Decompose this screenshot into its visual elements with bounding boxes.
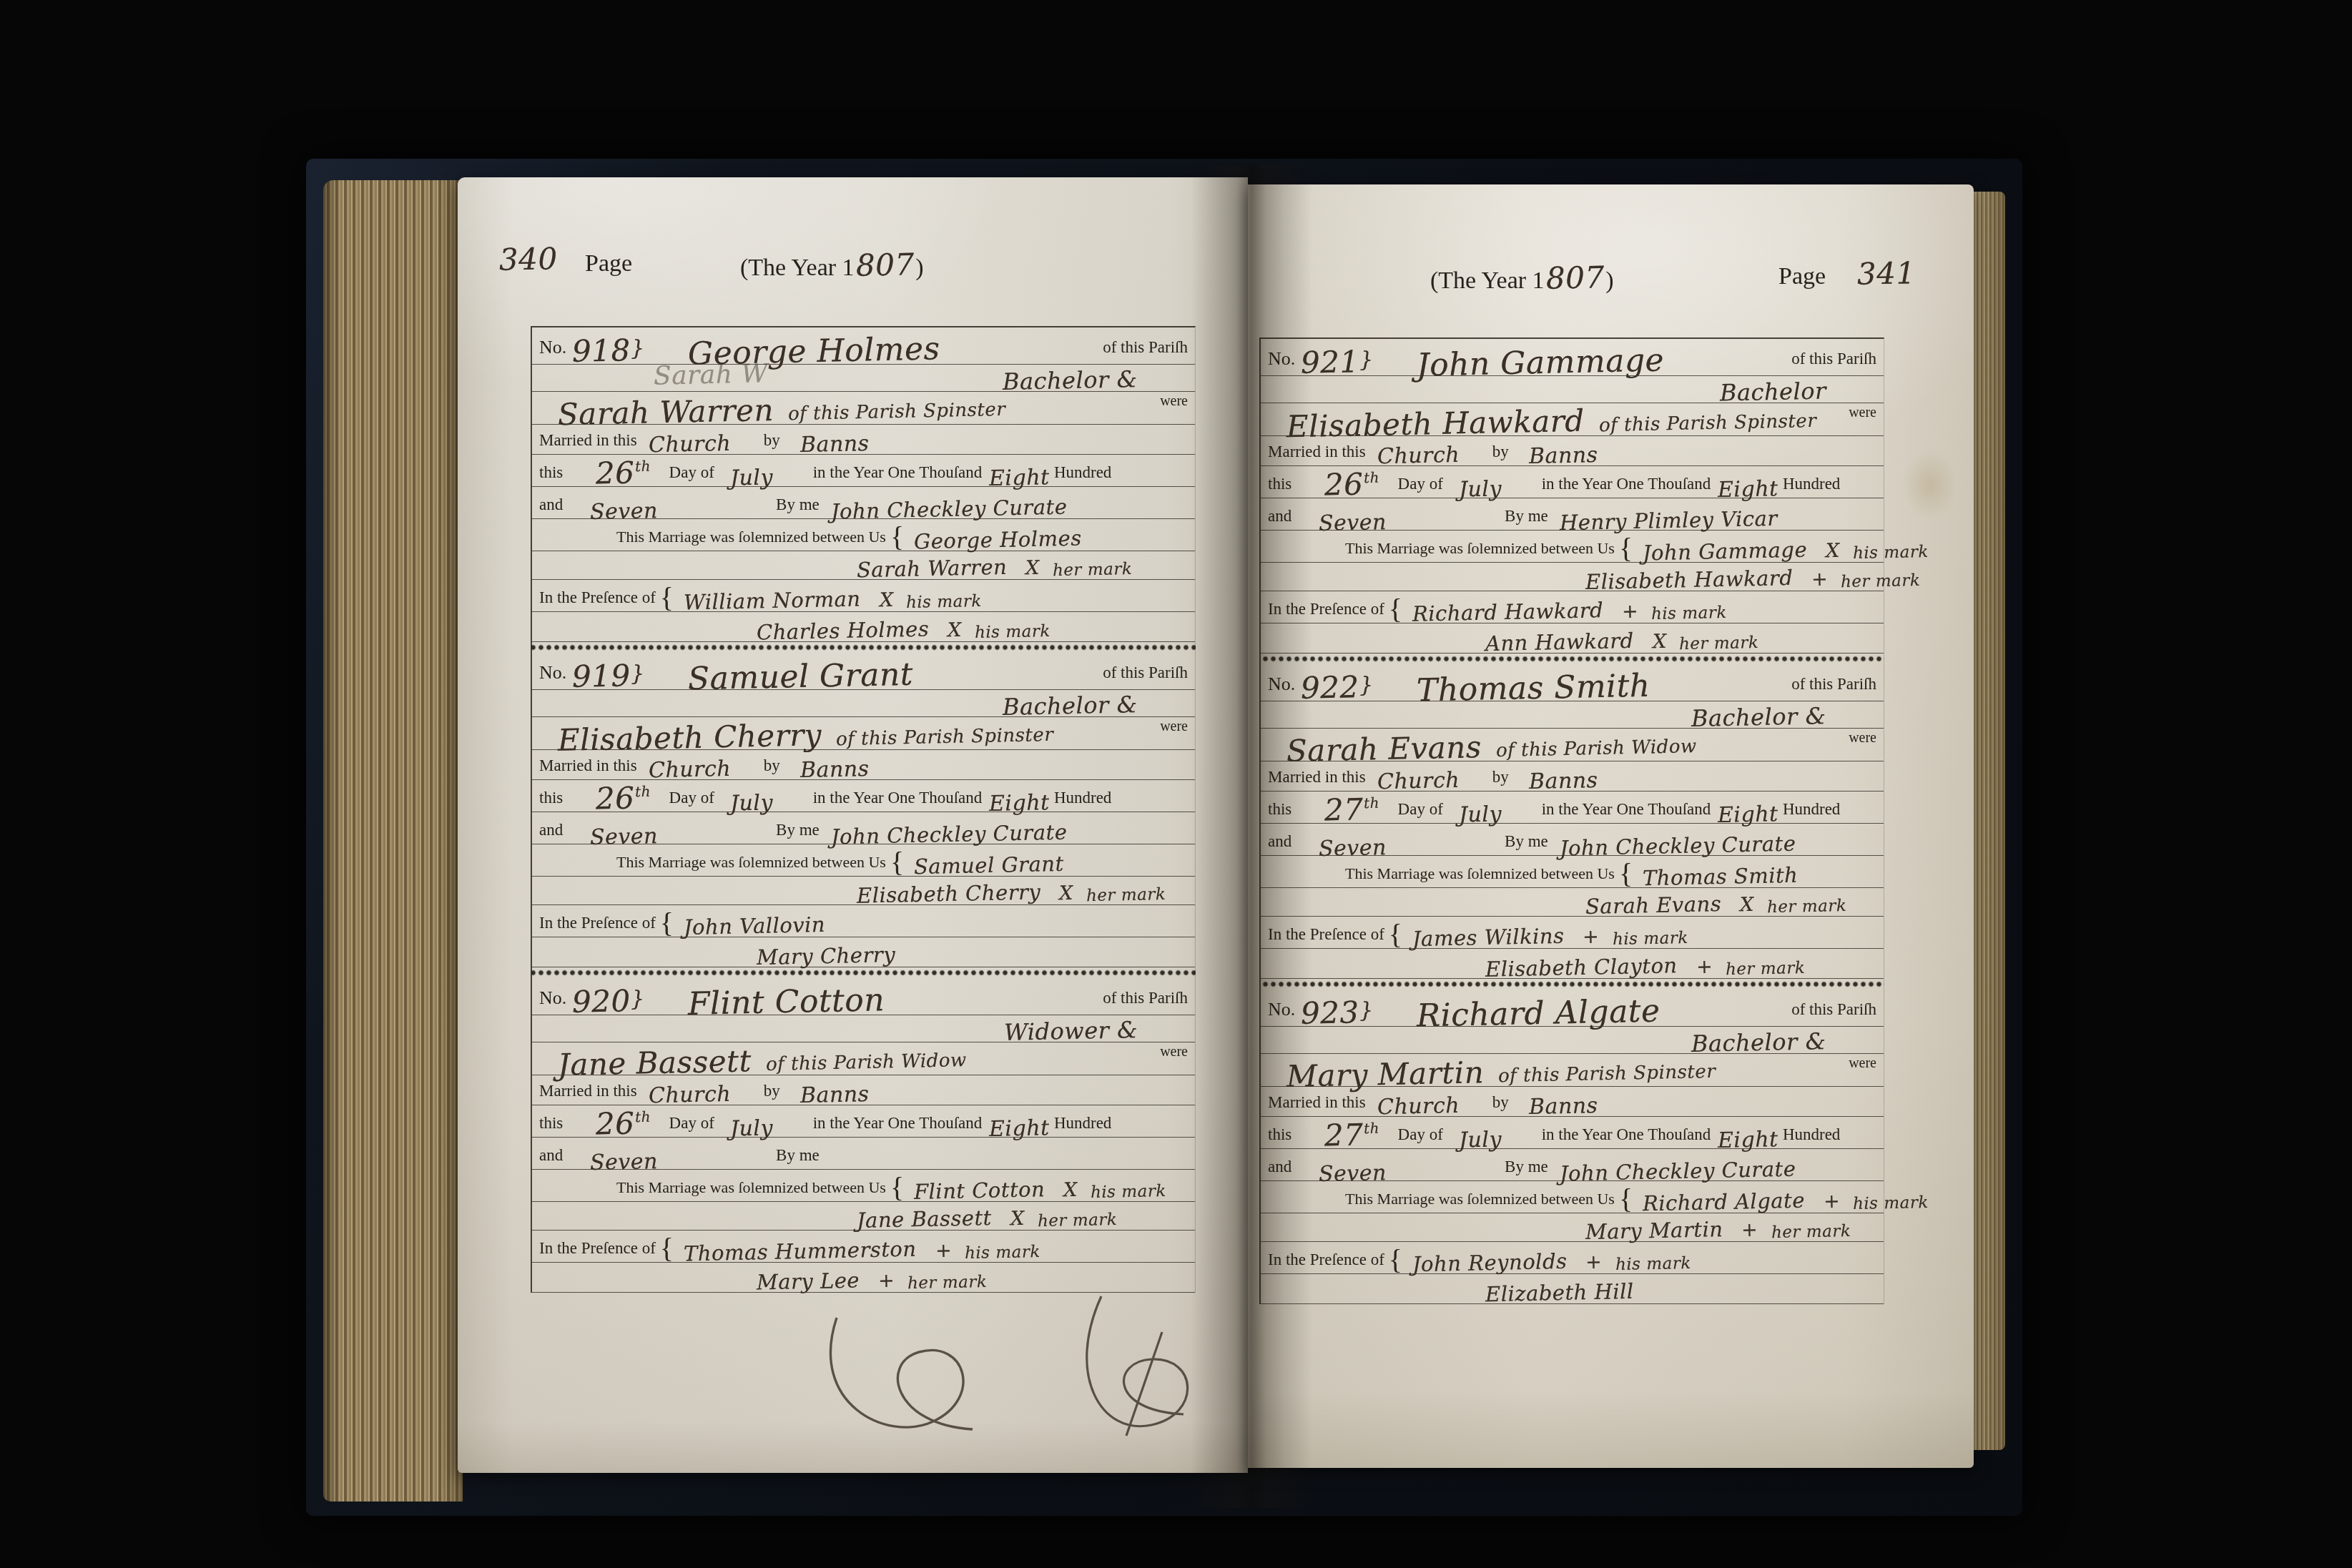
banns-entry: Banns bbox=[799, 1082, 869, 1108]
no-label: No. bbox=[539, 987, 566, 1009]
day-ordinal-suffix: th bbox=[1363, 1120, 1379, 1137]
right-page-header: (The Year 1807) Page 341 bbox=[1248, 253, 1974, 303]
record-row-married: Married in this Church by Banns bbox=[532, 425, 1195, 455]
groom-signature-group: Thomas Smith bbox=[1633, 864, 1829, 887]
banns-entry: Banns bbox=[1528, 768, 1598, 794]
banns-entry: Banns bbox=[1528, 1093, 1598, 1120]
groom-signature-group: John Gammage X his mark bbox=[1633, 539, 1929, 562]
record-row-groom: No. 920 } Flint Cotton of this Pariſh bbox=[532, 978, 1195, 1015]
bride-signature-group: Elisabeth Cherry X her mark bbox=[847, 882, 1166, 904]
record-number: 922 bbox=[1301, 669, 1360, 706]
bride-mark-symbol: X bbox=[1010, 1208, 1024, 1230]
witness1-signature-group: John Vallovin bbox=[674, 914, 857, 937]
record-row-witness2: Charles Holmes X his mark bbox=[532, 612, 1195, 642]
solemnized-label: This Marriage was ſolemnized between Us bbox=[616, 528, 886, 546]
form-brace: { bbox=[660, 581, 674, 614]
record-row-witness1: In the Preſence of { Richard Hawkard + h… bbox=[1261, 591, 1884, 623]
record-row-witness1: In the Preſence of { James Wilkins + his… bbox=[1261, 917, 1884, 949]
record-row-date: this 26 th Day of July in the Year One T… bbox=[532, 1105, 1195, 1138]
record-row-condition: Sarah W Bachelor & bbox=[532, 365, 1195, 392]
church-entry: Church bbox=[1377, 1093, 1460, 1120]
record-divider-ornament bbox=[1260, 654, 1884, 664]
and-label: and bbox=[539, 821, 563, 839]
bride-mark-symbol: X bbox=[1025, 557, 1040, 579]
witness2-signature: Ann Hawkard bbox=[1485, 628, 1634, 656]
solemnized-label: This Marriage was ſolemnized between Us bbox=[1345, 539, 1615, 558]
witness1-mark-text: his mark bbox=[1651, 603, 1727, 623]
record-divider-ornament bbox=[1260, 979, 1884, 990]
of-this-parish-label: of this Pariſh bbox=[1791, 675, 1876, 694]
year-prefix: (The Year 1 bbox=[740, 255, 855, 281]
witness1-signature-group: James Wilkins + his mark bbox=[1402, 925, 1688, 948]
record-row-bride-signature: Elisabeth Hawkard + her mark bbox=[1261, 563, 1884, 591]
record-row-groom: No. 918 } George Holmes of this Pariſh bbox=[532, 327, 1195, 365]
groom-signature: Samuel Grant bbox=[914, 852, 1064, 879]
this-label: this bbox=[539, 463, 563, 482]
married-in-this-label: Married in this bbox=[539, 1082, 637, 1100]
groom-signature: George Holmes bbox=[914, 526, 1082, 554]
day-of-label: Day of bbox=[669, 1114, 714, 1133]
groom-condition: Bachelor bbox=[1720, 377, 1827, 406]
bride-signature: Elisabeth Hawkard bbox=[1585, 566, 1793, 594]
by-label: by bbox=[1492, 768, 1509, 787]
bride-mark-text: her mark bbox=[1053, 560, 1133, 580]
bride-signature: Mary Martin bbox=[1585, 1217, 1723, 1244]
record-row-solemnized: This Marriage was ſolemnized between Us … bbox=[1261, 531, 1884, 563]
bride-parish-condition: of this Parish Widow bbox=[1496, 736, 1697, 761]
solemnized-label: This Marriage was ſolemnized between Us bbox=[1345, 1190, 1615, 1208]
were-label: were bbox=[1160, 1044, 1188, 1060]
record-row-solemnized: This Marriage was ſolemnized between Us … bbox=[532, 844, 1195, 877]
record-row-married: Married in this Church by Banns bbox=[1261, 761, 1884, 792]
were-label: were bbox=[1849, 1055, 1876, 1072]
witness1-mark-text: his mark bbox=[964, 1243, 1040, 1263]
record-row-solemnized: This Marriage was ſolemnized between Us … bbox=[1261, 856, 1884, 888]
witness1-signature: John Reynolds bbox=[1412, 1249, 1568, 1277]
hundred-label: Hundred bbox=[1783, 800, 1840, 819]
record-row-bride: Jane Bassett of this Parish Widow were bbox=[532, 1042, 1195, 1075]
groom-mark-text: his mark bbox=[1853, 543, 1929, 563]
form-brace: { bbox=[660, 1231, 674, 1265]
by-label: by bbox=[764, 1082, 780, 1100]
day-of-label: Day of bbox=[669, 463, 714, 482]
form-brace: { bbox=[1389, 917, 1402, 951]
no-label: No. bbox=[1268, 999, 1295, 1020]
marriage-record: No. 923 } Richard Algate of this Pariſh … bbox=[1261, 979, 1884, 1304]
witness1-signature-group: William Norman X his mark bbox=[674, 588, 982, 611]
record-row-witness2: Elizabeth Hill bbox=[1261, 1274, 1884, 1304]
record-row-bride: Elisabeth Hawkard of this Parish Spinste… bbox=[1261, 403, 1884, 436]
form-brace: { bbox=[1389, 1243, 1402, 1276]
witness1-signature-group: Thomas Hummerston + his mark bbox=[674, 1239, 1040, 1262]
year-suffix: ) bbox=[1605, 267, 1613, 294]
day-number: 26 bbox=[596, 1105, 635, 1141]
were-label: were bbox=[1160, 393, 1188, 410]
witness2-mark-symbol: + bbox=[1696, 956, 1713, 978]
bride-parish-condition: of this Parish Widow bbox=[765, 1050, 966, 1075]
by-me-label: By me bbox=[776, 1146, 820, 1165]
record-row-solemnized: This Marriage was ſolemnized between Us … bbox=[532, 519, 1195, 551]
witness2-signature: Elizabeth Hill bbox=[1485, 1279, 1634, 1306]
record-row-witness1: In the Preſence of { William Norman X hi… bbox=[532, 580, 1195, 612]
record-number: 923 bbox=[1301, 995, 1360, 1031]
groom-signature-group: Samuel Grant bbox=[904, 853, 1096, 876]
by-me-label: By me bbox=[776, 821, 820, 839]
form-brace: { bbox=[1619, 1182, 1633, 1216]
record-number: 920 bbox=[572, 983, 631, 1020]
record-row-witness2: Ann Hawkard X her mark bbox=[1261, 623, 1884, 654]
witness1-signature-group: John Reynolds + his mark bbox=[1402, 1251, 1691, 1273]
bride-parish-condition: of this Parish Spinster bbox=[836, 724, 1054, 750]
witness1-signature-group: Richard Hawkard + his mark bbox=[1402, 600, 1727, 623]
form-brace: { bbox=[1619, 857, 1633, 890]
number-brace: } bbox=[631, 336, 645, 361]
year-one-thousand-label: in the Year One Thouſand bbox=[1542, 475, 1711, 493]
left-records-table: No. 918 } George Holmes of this Pariſh S… bbox=[531, 326, 1196, 1293]
groom-signature: Flint Cotton bbox=[914, 1177, 1045, 1204]
bride-mark-text: her mark bbox=[1771, 1222, 1851, 1242]
of-this-parish-label: of this Pariſh bbox=[1791, 350, 1876, 368]
form-brace: { bbox=[890, 845, 904, 879]
witness1-mark-symbol: X bbox=[879, 589, 893, 611]
form-brace: { bbox=[1389, 592, 1402, 626]
record-divider-ornament bbox=[531, 642, 1196, 653]
hundred-label: Hundred bbox=[1054, 463, 1111, 482]
groom-signature: John Gammage bbox=[1643, 538, 1808, 566]
record-row-solemnized: This Marriage was ſolemnized between Us … bbox=[1261, 1181, 1884, 1213]
record-row-bride-signature: Mary Martin + her mark bbox=[1261, 1213, 1884, 1242]
hundred-label: Hundred bbox=[1783, 1125, 1840, 1144]
marriage-record: No. 921 } John Gammage of this Pariſh Ba… bbox=[1261, 339, 1884, 654]
year-prefix: (The Year 1 bbox=[1430, 267, 1545, 294]
were-label: were bbox=[1849, 405, 1876, 421]
marriage-record: No. 920 } Flint Cotton of this Pariſh Wi… bbox=[532, 967, 1195, 1293]
bride-signature-group: Elisabeth Hawkard + her mark bbox=[1575, 568, 1921, 591]
by-me-label: By me bbox=[1505, 1158, 1548, 1176]
bride-signature: Elisabeth Cherry bbox=[857, 879, 1041, 907]
year-header: (The Year 1807) bbox=[1430, 260, 1614, 295]
of-this-parish-label: of this Pariſh bbox=[1103, 338, 1188, 357]
record-row-bride: Elisabeth Cherry of this Parish Spinster… bbox=[532, 717, 1195, 750]
year-handwritten: 807 bbox=[855, 247, 915, 283]
record-row-groom: No. 923 } Richard Algate of this Pariſh bbox=[1261, 990, 1884, 1027]
page-number: 341 bbox=[1856, 255, 1916, 292]
groom-condition: Bachelor & bbox=[1003, 365, 1138, 395]
and-label: and bbox=[539, 1146, 563, 1165]
form-brace: { bbox=[1619, 531, 1633, 565]
groom-condition: Bachelor & bbox=[1691, 1027, 1826, 1057]
record-row-bride: Sarah Evans of this Parish Widow were bbox=[1261, 729, 1884, 761]
witness2-signature-group: Elizabeth Hill bbox=[1475, 1281, 1665, 1303]
groom-signature-group: Flint Cotton X his mark bbox=[904, 1178, 1166, 1201]
witness2-mark-symbol: X bbox=[948, 619, 962, 641]
witness1-mark-symbol: + bbox=[935, 1240, 952, 1262]
were-label: were bbox=[1160, 719, 1188, 735]
bride-mark-text: her mark bbox=[1037, 1210, 1117, 1231]
page-word: Page bbox=[585, 250, 632, 277]
witness2-mark-symbol: + bbox=[878, 1270, 895, 1292]
groom-signature: Richard Algate bbox=[1643, 1188, 1806, 1216]
year-one-thousand-label: in the Year One Thouſand bbox=[813, 463, 983, 482]
this-label: this bbox=[1268, 475, 1291, 493]
record-row-solemnized: This Marriage was ſolemnized between Us … bbox=[532, 1170, 1195, 1202]
witness2-mark-text: her mark bbox=[1725, 959, 1805, 979]
witness2-signature: Elisabeth Clayton bbox=[1485, 953, 1678, 982]
record-row-bride-signature: Jane Bassett X her mark bbox=[532, 1202, 1195, 1231]
day-ordinal-suffix: th bbox=[1363, 469, 1379, 486]
by-label: by bbox=[1492, 443, 1509, 461]
marriage-record: No. 922 } Thomas Smith of this Pariſh Ba… bbox=[1261, 654, 1884, 979]
no-label: No. bbox=[539, 337, 566, 358]
year-one-thousand-label: in the Year One Thouſand bbox=[813, 1114, 983, 1133]
and-label: and bbox=[1268, 1158, 1291, 1176]
witness2-signature: Mary Lee bbox=[757, 1268, 860, 1294]
left-page-header: 340 Page (The Year 1807) bbox=[458, 246, 1248, 296]
record-row-bride-signature: Sarah Evans X her mark bbox=[1261, 888, 1884, 917]
groom-condition: Bachelor & bbox=[1003, 691, 1138, 721]
year-one-thousand-label: in the Year One Thouſand bbox=[1542, 800, 1711, 819]
solemnized-label: This Marriage was ſolemnized between Us bbox=[1345, 864, 1615, 883]
witness1-mark-text: his mark bbox=[1612, 929, 1688, 949]
left-page-stack-edge bbox=[323, 180, 463, 1502]
record-row-minister: and Seven By me John Checkley Curate bbox=[532, 812, 1195, 844]
and-label: and bbox=[1268, 832, 1291, 851]
record-row-bride-signature: Sarah Warren X her mark bbox=[532, 551, 1195, 580]
by-label: by bbox=[764, 756, 780, 775]
record-row-minister: and Seven By me bbox=[532, 1138, 1195, 1170]
witness2-mark-text: his mark bbox=[975, 622, 1050, 642]
record-row-date: this 26 th Day of July in the Year One T… bbox=[1261, 466, 1884, 498]
paper-stain bbox=[1902, 449, 1958, 521]
this-label: this bbox=[539, 789, 563, 807]
bride-signature-group: Sarah Evans X her mark bbox=[1575, 893, 1846, 916]
presence-label: In the Preſence of bbox=[539, 1239, 656, 1258]
groom-mark-text: his mark bbox=[1853, 1193, 1929, 1213]
bride-mark-text: her mark bbox=[1086, 885, 1166, 905]
by-me-label: By me bbox=[776, 495, 820, 514]
bride-signature-group: Jane Bassett X her mark bbox=[847, 1207, 1117, 1230]
day-of-label: Day of bbox=[1398, 800, 1443, 819]
bride-mark-text: her mark bbox=[1841, 571, 1921, 591]
record-row-witness2: Elisabeth Clayton + her mark bbox=[1261, 949, 1884, 979]
no-label: No. bbox=[1268, 674, 1295, 695]
bride-signature: Jane Bassett bbox=[857, 1205, 992, 1233]
witness2-signature-group: Elisabeth Clayton + her mark bbox=[1475, 955, 1805, 978]
day-ordinal-suffix: th bbox=[634, 1108, 650, 1125]
solemnized-label: This Marriage was ſolemnized between Us bbox=[616, 853, 886, 872]
record-number: 918 bbox=[572, 332, 631, 369]
of-this-parish-label: of this Pariſh bbox=[1103, 989, 1188, 1007]
groom-mark-symbol: X bbox=[1063, 1179, 1078, 1201]
witness1-mark-symbol: + bbox=[1583, 926, 1600, 948]
record-row-minister: and Seven By me John Checkley Curate bbox=[1261, 1149, 1884, 1181]
witness1-mark-text: his mark bbox=[1615, 1254, 1691, 1274]
bride-signature-group: Mary Martin + her mark bbox=[1575, 1218, 1851, 1241]
day-number: 27 bbox=[1324, 792, 1364, 827]
by-label: by bbox=[1492, 1093, 1509, 1112]
witness2-signature: Charles Holmes bbox=[757, 616, 930, 644]
groom-signature-group: George Holmes bbox=[904, 528, 1113, 551]
groom-condition: Widower & bbox=[1004, 1016, 1138, 1046]
day-number: 26 bbox=[596, 455, 635, 490]
day-number: 26 bbox=[596, 780, 635, 816]
record-row-bride: Mary Martin of this Parish Spinster were bbox=[1261, 1054, 1884, 1087]
record-divider-ornament bbox=[531, 967, 1196, 978]
form-brace: { bbox=[890, 520, 904, 553]
groom-signature: Thomas Smith bbox=[1643, 863, 1799, 891]
record-row-condition: Bachelor & bbox=[1261, 701, 1884, 729]
record-row-condition: Bachelor & bbox=[1261, 1027, 1884, 1054]
record-row-married: Married in this Church by Banns bbox=[1261, 436, 1884, 466]
married-in-this-label: Married in this bbox=[539, 431, 637, 450]
church-entry: Church bbox=[1377, 443, 1460, 469]
no-label: No. bbox=[539, 662, 566, 684]
record-row-condition: Bachelor bbox=[1261, 376, 1884, 403]
record-row-date: this 26 th Day of July in the Year One T… bbox=[532, 455, 1195, 487]
church-entry: Church bbox=[1377, 768, 1460, 794]
married-in-this-label: Married in this bbox=[1268, 1093, 1366, 1112]
witness1-mark-text: his mark bbox=[906, 592, 982, 612]
bride-parish-condition: of this Parish Spinster bbox=[1498, 1061, 1716, 1087]
groom-condition: Bachelor & bbox=[1691, 702, 1826, 732]
church-entry: Church bbox=[648, 756, 731, 783]
of-this-parish-label: of this Pariſh bbox=[1103, 664, 1188, 682]
form-brace: { bbox=[890, 1170, 904, 1204]
year-handwritten: 807 bbox=[1545, 260, 1605, 296]
record-number: 921 bbox=[1301, 344, 1360, 380]
day-of-label: Day of bbox=[1398, 475, 1443, 493]
bride-mark-symbol: + bbox=[1811, 568, 1829, 591]
record-row-bride-signature: Elisabeth Cherry X her mark bbox=[532, 877, 1195, 905]
record-row-groom: No. 919 } Samuel Grant of this Pariſh bbox=[532, 653, 1195, 690]
banns-entry: Banns bbox=[1528, 443, 1598, 469]
solemnized-label: This Marriage was ſolemnized between Us bbox=[616, 1178, 886, 1197]
year-header: (The Year 1807) bbox=[740, 247, 924, 282]
bride-signature: Sarah Evans bbox=[1585, 892, 1722, 919]
bride-signature-group: Sarah Warren X her mark bbox=[847, 556, 1132, 579]
witness1-signature: William Norman bbox=[684, 586, 861, 614]
church-entry: Church bbox=[648, 1082, 731, 1108]
married-in-this-label: Married in this bbox=[1268, 768, 1366, 787]
were-label: were bbox=[1849, 730, 1876, 746]
and-label: and bbox=[1268, 507, 1291, 526]
record-number: 919 bbox=[572, 658, 631, 694]
bride-mark-symbol: + bbox=[1741, 1219, 1758, 1241]
record-row-bride: Sarah Warren of this Parish Spinster wer… bbox=[532, 392, 1195, 425]
presence-label: In the Preſence of bbox=[539, 914, 656, 932]
bride-parish-condition: of this Parish Spinster bbox=[1598, 410, 1816, 436]
hundred-label: Hundred bbox=[1054, 1114, 1111, 1133]
bride-mark-symbol: X bbox=[1059, 882, 1073, 904]
number-brace: } bbox=[1359, 347, 1374, 373]
year-one-thousand-label: in the Year One Thouſand bbox=[1542, 1125, 1711, 1144]
marriage-record: No. 918 } George Holmes of this Pariſh S… bbox=[532, 327, 1195, 642]
witness2-signature: Mary Cherry bbox=[757, 942, 896, 970]
banns-entry: Banns bbox=[799, 431, 869, 458]
no-label: No. bbox=[1268, 348, 1295, 370]
bride-signature: Sarah Warren bbox=[857, 555, 1008, 582]
record-row-date: this 27 th Day of July in the Year One T… bbox=[1261, 1117, 1884, 1149]
this-label: this bbox=[539, 1114, 563, 1133]
groom-mark-symbol: X bbox=[1826, 540, 1840, 562]
banns-entry: Banns bbox=[799, 756, 869, 783]
record-row-witness1: In the Preſence of { John Reynolds + his… bbox=[1261, 1242, 1884, 1274]
record-row-witness1: In the Preſence of { Thomas Hummerston +… bbox=[532, 1231, 1195, 1263]
presence-label: In the Preſence of bbox=[1268, 925, 1384, 944]
record-row-married: Married in this Church by Banns bbox=[532, 1075, 1195, 1105]
year-one-thousand-label: in the Year One Thouſand bbox=[813, 789, 983, 807]
form-brace: { bbox=[660, 906, 674, 940]
witness1-mark-symbol: + bbox=[1585, 1251, 1603, 1273]
and-label: and bbox=[539, 495, 563, 514]
hundred-label: Hundred bbox=[1783, 475, 1840, 493]
day-number: 26 bbox=[1324, 466, 1364, 502]
record-row-condition: Widower & bbox=[532, 1015, 1195, 1042]
witness1-signature: James Wilkins bbox=[1412, 924, 1565, 951]
witness2-mark-text: her mark bbox=[907, 1273, 988, 1293]
witness1-mark-symbol: + bbox=[1622, 601, 1639, 623]
witness1-signature: Thomas Hummerston bbox=[684, 1237, 917, 1266]
presence-label: In the Preſence of bbox=[1268, 1251, 1384, 1269]
day-ordinal-suffix: th bbox=[1363, 794, 1379, 812]
record-row-condition: Bachelor & bbox=[532, 690, 1195, 717]
number-brace: } bbox=[1359, 673, 1374, 698]
ink-flourish bbox=[794, 1289, 1209, 1454]
false-start-writing: Sarah W bbox=[654, 359, 769, 390]
bride-parish-condition: of this Parish Spinster bbox=[788, 399, 1006, 425]
record-row-groom: No. 921 } John Gammage of this Pariſh bbox=[1261, 339, 1884, 376]
number-brace: } bbox=[631, 661, 645, 686]
record-row-married: Married in this Church by Banns bbox=[532, 750, 1195, 780]
year-suffix: ) bbox=[915, 255, 923, 281]
marriage-record: No. 919 } Samuel Grant of this Pariſh Ba… bbox=[532, 642, 1195, 967]
record-row-minister: and Seven By me John Checkley Curate bbox=[532, 487, 1195, 519]
of-this-parish-label: of this Pariſh bbox=[1791, 1000, 1876, 1019]
record-row-married: Married in this Church by Banns bbox=[1261, 1087, 1884, 1117]
right-page: (The Year 1807) Page 341 No. 921 } John … bbox=[1248, 184, 1974, 1468]
day-of-label: Day of bbox=[669, 789, 714, 807]
witness2-mark-text: her mark bbox=[1679, 633, 1759, 654]
number-brace: } bbox=[1359, 998, 1374, 1023]
page-word: Page bbox=[1778, 263, 1826, 290]
groom-signature-group: Richard Algate + his mark bbox=[1633, 1190, 1929, 1213]
witness2-signature-group: Mary Cherry bbox=[747, 944, 927, 967]
photo-scene: 340 Page (The Year 1807) No. 918 } Georg… bbox=[0, 0, 2352, 1568]
record-row-date: this 26 th Day of July in the Year One T… bbox=[532, 780, 1195, 812]
hundred-label: Hundred bbox=[1054, 789, 1111, 807]
left-page: 340 Page (The Year 1807) No. 918 } Georg… bbox=[458, 177, 1248, 1473]
record-row-witness2: Mary Cherry bbox=[532, 937, 1195, 967]
record-row-groom: No. 922 } Thomas Smith of this Pariſh bbox=[1261, 664, 1884, 701]
day-of-label: Day of bbox=[1398, 1125, 1443, 1144]
married-in-this-label: Married in this bbox=[539, 756, 637, 775]
page-number: 340 bbox=[498, 241, 558, 277]
record-row-minister: and Seven By me Henry Plimley Vicar bbox=[1261, 498, 1884, 531]
day-ordinal-suffix: th bbox=[634, 458, 650, 475]
number-brace: } bbox=[631, 987, 645, 1012]
presence-label: In the Preſence of bbox=[539, 588, 656, 607]
by-me-label: By me bbox=[1505, 507, 1548, 526]
witness2-mark-symbol: X bbox=[1652, 631, 1666, 653]
record-row-witness2: Mary Lee + her mark bbox=[532, 1263, 1195, 1293]
groom-mark-text: his mark bbox=[1091, 1182, 1166, 1202]
witness1-signature: John Vallovin bbox=[684, 912, 826, 940]
record-row-date: this 27 th Day of July in the Year One T… bbox=[1261, 792, 1884, 824]
day-ordinal-suffix: th bbox=[634, 783, 650, 800]
day-number: 27 bbox=[1324, 1117, 1364, 1153]
married-in-this-label: Married in this bbox=[1268, 443, 1366, 461]
by-me-label: By me bbox=[1505, 832, 1548, 851]
